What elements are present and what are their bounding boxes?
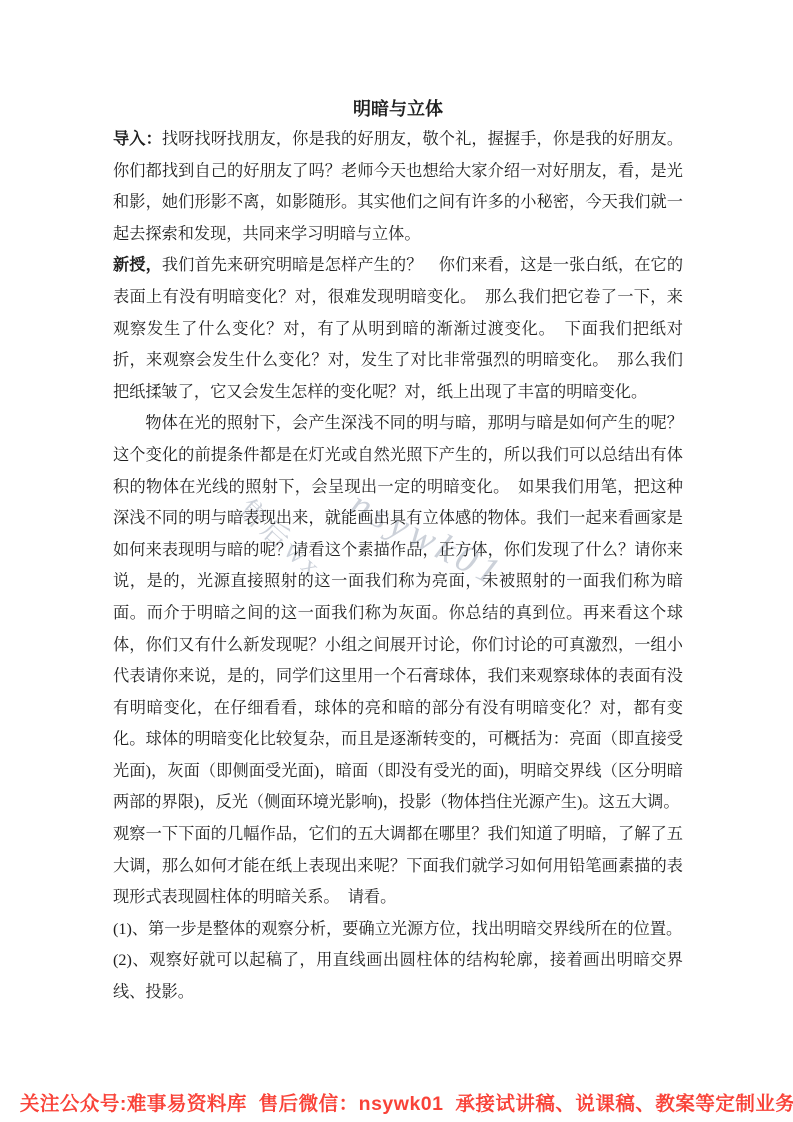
page: { "page": { "background": "#ffffff", "te… <box>0 0 793 1122</box>
paragraph-xinshou: 新授，我们首先来研究明暗是怎样产生的？ 你们来看，这是一张白纸，在它的表面上有没… <box>113 250 683 408</box>
paragraph-daoru: 导入：找呀找呀找朋友，你是我的好朋友，敬个礼，握握手，你是我的好朋友。你们都找到… <box>113 124 683 250</box>
document-body: 明暗与立体 导入：找呀找呀找朋友，你是我的好朋友，敬个礼，握握手，你是我的好朋友… <box>113 94 683 1009</box>
paragraph-text: (1)、第一步是整体的观察分析，要确立光源方位，找出明暗交界线所在的位置。 <box>113 920 682 938</box>
paragraph-text: 物体在光的照射下，会产生深浅不同的明与暗，那明与暗是如何产生的呢？这个变化的前提… <box>113 414 683 811</box>
paragraph-lead: 新授， <box>113 256 162 274</box>
paragraph-text: 找呀找呀找朋友，你是我的好朋友，敬个礼，握握手，你是我的好朋友。你们都找到自己的… <box>113 130 683 243</box>
paragraph-lead: 导入： <box>113 130 162 148</box>
paragraph-light-dark: 物体在光的照射下，会产生深浅不同的明与暗，那明与暗是如何产生的呢？这个变化的前提… <box>113 408 683 819</box>
paragraph-step-1: (1)、第一步是整体的观察分析，要确立光源方位，找出明暗交界线所在的位置。 <box>113 914 683 946</box>
promo-footer-text: 关注公众号:难事易资料库 售后微信：nsywk01 承接试讲稿、说课稿、教案等定… <box>20 1093 793 1115</box>
promo-footer: 关注公众号:难事易资料库 售后微信：nsywk01 承接试讲稿、说课稿、教案等定… <box>8 1065 793 1116</box>
paragraph-observe: 观察一下下面的几幅作品，它们的五大调都在哪里？我们知道了明暗，了解了五大调，那么… <box>113 819 683 914</box>
paragraph-step-2: (2)、观察好就可以起稿了，用直线画出圆柱体的结构轮廓，接着画出明暗交界线、投影… <box>113 945 683 1008</box>
paragraph-text: (2)、观察好就可以起稿了，用直线画出圆柱体的结构轮廓，接着画出明暗交界线、投影… <box>113 951 683 1001</box>
document-title: 明暗与立体 <box>113 94 683 124</box>
paragraph-text: 观察一下下面的几幅作品，它们的五大调都在哪里？我们知道了明暗，了解了五大调，那么… <box>113 825 683 906</box>
paragraph-text: 我们首先来研究明暗是怎样产生的？ 你们来看，这是一张白纸，在它的表面上有没有明暗… <box>113 256 683 400</box>
